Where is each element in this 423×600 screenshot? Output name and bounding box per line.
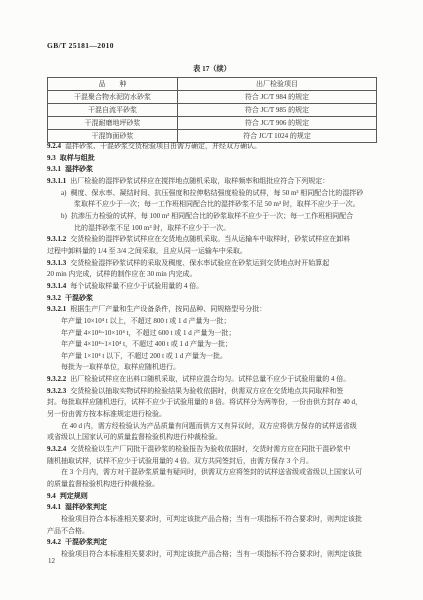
clause-line-text: 稠度、保水率、凝结时间、抗压强度和拉伸粘结强度检验的试样，每 50 m³ 相同配… xyxy=(70,189,363,197)
page-number: 12 xyxy=(48,557,55,565)
table-cell: 干混聚合物水泥防水砂浆 xyxy=(48,91,178,104)
clause-line-text: 年产量 4×10⁴~10×10⁴ t，不超过 600 t 或 1 d 产量为一批… xyxy=(61,329,235,337)
clause-line-text: 干混砂浆判定 xyxy=(65,538,107,546)
clause-number: 9.3.2.4 xyxy=(47,445,66,453)
clause-number: 9.3.2.2 xyxy=(47,375,66,383)
content-line: 在 3 个月内，需方对干混砂浆质量有疑问时，供需双方应将签封的试样送省级或省级以… xyxy=(47,467,379,479)
standard-code: GB/T 25181—2010 xyxy=(47,41,114,50)
clause-line-text: 交货检验湿拌砂浆试样的采取及稠度、保水率试验应在砂浆运到交货地点时开始算起 xyxy=(70,259,329,267)
spec-table: 品 种 出厂检验项目 干混聚合物水泥防水砂浆符合 JC/T 984 的规定干混自… xyxy=(47,77,377,143)
content-line: 年产量 4×10⁴~1×10⁴ t，不超过 400 t 或 1 d 产量为一批； xyxy=(47,339,379,351)
content-line: 年产量 1×10⁴ t 以下，不超过 200 t 或 1 d 产量为一批。 xyxy=(47,351,379,363)
clause-line-text: 抗渗压力检验的试样，每 100 m³ 相同配合比的砂浆取样不应少于一次；每一工作… xyxy=(71,212,353,220)
clause-line-text: 或省级以上国家认可的质量监督检验机构进行仲裁检验。 xyxy=(47,433,222,441)
clause-line-text: 取样与组批 xyxy=(60,154,95,162)
clause-text-block: 9.2.4湿拌砂浆、干混砂浆交货检验项目由需方确定，并经双方确认。9.3取样与组… xyxy=(47,141,379,561)
content-line: 9.3取样与组批 xyxy=(47,153,379,165)
clause-number: 9.3.1.3 xyxy=(47,259,66,267)
clause-line-text: 的质量监督检验机构进行仲裁检验。 xyxy=(47,480,159,488)
clause-line-text: 每批为一取样单位，取样应随机进行。 xyxy=(61,363,180,371)
content-line: 9.3.1湿拌砂浆 xyxy=(47,164,379,176)
table-row: 干混聚合物水泥防水砂浆符合 JC/T 984 的规定 xyxy=(48,91,377,104)
content-line: 9.3.2.3交货检验以抽取实物试样的检验结果为验收依据时，供需双方应在交货地点… xyxy=(47,386,379,398)
document-page: GB/T 25181—2010 表 17（续） 品 种 出厂检验项目 干混聚合物… xyxy=(0,0,423,600)
content-line: 每批为一取样单位，取样应随机进行。 xyxy=(47,362,379,374)
clause-number: 9.4.2 xyxy=(47,538,61,546)
content-line: 9.3.1.1出厂检验的湿拌砂浆试样应在搅拌地点随机采取，取样频率和组批应符合下… xyxy=(47,176,379,188)
spec-table-section: 表 17（续） 品 种 出厂检验项目 干混聚合物水泥防水砂浆符合 JC/T 98… xyxy=(47,64,377,143)
clause-number: 9.3.1.4 xyxy=(47,282,66,290)
content-line: 过程中卸料量的 1/4 至 3/4 之间采取，且应从同一运输车中采取。 xyxy=(47,246,379,258)
clause-line-text: 交货检验以生产厂同批干混砂浆的检验报告为验收依据时，交货时需方应在同批干混砂浆中 xyxy=(70,445,350,453)
content-line: 检验项目符合本标准相关要求时，可判定该批产品合格；当有一项指标不符合要求时，则判… xyxy=(47,549,379,561)
clause-line-text: 湿拌砂浆判定 xyxy=(65,503,107,511)
clause-number: a) xyxy=(61,189,66,197)
content-line: 9.3.1.4每个试验取样量不应少于试验用量的 4 倍。 xyxy=(47,281,379,293)
content-line: 比的湿拌砂浆不足 100 m³ 时，取样不应少于一次。 xyxy=(47,223,379,235)
clause-line-text: 年产量 4×10⁴~1×10⁴ t，不超过 400 t 或 1 d 产量为一批； xyxy=(61,340,232,348)
clause-line-text: 交货检验以抽取实物试样的检验结果为验收依据时，供需双方应在交货地点共同取样和签 xyxy=(70,387,343,395)
clause-line-text: 检验项目符合本标准相关要求时，可判定该批产品合格；当有一项指标不符合要求时，则判… xyxy=(61,550,362,558)
content-line: a)稠度、保水率、凝结时间、抗压强度和拉伸粘结强度检验的试样，每 50 m³ 相… xyxy=(47,188,379,200)
clause-number: 9.3.1.2 xyxy=(47,235,66,243)
table-header-inspection-item: 出厂检验项目 xyxy=(177,78,376,91)
content-line: 9.2.4湿拌砂浆、干混砂浆交货检验项目由需方确定，并经双方确认。 xyxy=(47,141,379,153)
clause-line-text: 年产量 10×10⁴ t 以上，不超过 800 t 或 1 d 产量为一批； xyxy=(61,317,231,325)
clause-number: 9.3.2.3 xyxy=(47,387,66,395)
clause-number: 9.4 xyxy=(47,492,56,500)
clause-line-text: 封。每批取样应随机进行，试样不应少于试验用量的 8 倍。将试样分为两等份，一份由… xyxy=(47,398,362,406)
clause-line-text: 判定规则 xyxy=(60,492,88,500)
table-cell: 符合 JC/T 985 的规定 xyxy=(177,104,376,117)
content-line: 年产量 10×10⁴ t 以上，不超过 800 t 或 1 d 产量为一批； xyxy=(47,316,379,328)
clause-line-text: 湿拌砂浆、干混砂浆交货检验项目由需方确定，并经双方确认。 xyxy=(65,142,261,150)
clause-line-text: 在 3 个月内，需方对干混砂浆质量有疑问时，供需双方应将签封的试样送省级或省级以… xyxy=(61,468,362,476)
table-cell: 符合 JC/T 906 的规定 xyxy=(177,117,376,130)
content-line: 浆取样不应少于一次；每一工作班相同配合比的湿拌砂浆不足 50 m³ 时，取样不应… xyxy=(47,199,379,211)
content-line: 9.3.2干混砂浆 xyxy=(47,293,379,305)
clause-line-text: 随机抽取试样，试样不应少于试验用量的 4 倍。双方共同签封后，由需方保存 3 个… xyxy=(47,457,313,465)
clause-number: 9.3.1.1 xyxy=(47,177,66,185)
content-line: 另一份由需方按本标准规定进行检验。 xyxy=(47,409,379,421)
table-header-row: 品 种 出厂检验项目 xyxy=(48,78,377,91)
clause-number: b) xyxy=(61,212,67,220)
content-line: 9.3.1.2交货检验的湿拌砂浆试样应在交货地点随机采取。当从运输车中取样时，砂… xyxy=(47,234,379,246)
content-line: 9.4.2干混砂浆判定 xyxy=(47,537,379,549)
content-line: 9.3.2.2出厂检验试样应在出料口随机采取，试样应混合均匀。试样总量不应少于试… xyxy=(47,374,379,386)
content-line: 随机抽取试样，试样不应少于试验用量的 4 倍。双方共同签封后，由需方保存 3 个… xyxy=(47,456,379,468)
clause-line-text: 每个试验取样量不应少于试验用量的 4 倍。 xyxy=(70,282,203,290)
table-header-variety: 品 种 xyxy=(48,78,178,91)
clause-number: 9.3 xyxy=(47,154,56,162)
clause-line-text: 交货检验的湿拌砂浆试样应在交货地点随机采取。当从运输车中取样时，砂浆试样应在卸料 xyxy=(70,235,350,243)
clause-line-text: 另一份由需方按本标准规定进行检验。 xyxy=(47,410,166,418)
clause-line-text: 年产量 1×10⁴ t 以下，不超过 200 t 或 1 d 产量为一批。 xyxy=(61,352,227,360)
table-row: 干混耐磨地坪砂浆符合 JC/T 906 的规定 xyxy=(48,117,377,130)
clause-line-text: 比的湿拌砂浆不足 100 m³ 时，取样不应少于一次。 xyxy=(74,224,230,232)
clause-line-text: 在 40 d 内，需方经检验认为产品质量有问题而供方又有异议时，双方应将供方保存… xyxy=(61,422,357,430)
table-title: 表 17（续） xyxy=(47,64,377,74)
content-line: b)抗渗压力检验的试样，每 100 m³ 相同配合比的砂浆取样不应少于一次；每一… xyxy=(47,211,379,223)
content-line: 产品不合格。 xyxy=(47,526,379,538)
clause-number: 9.3.2.1 xyxy=(47,305,66,313)
content-line: 20 min 内完成，试样的制作应在 30 min 内完成。 xyxy=(47,269,379,281)
content-line: 9.4.1湿拌砂浆判定 xyxy=(47,502,379,514)
clause-number: 9.4.1 xyxy=(47,503,61,511)
content-line: 9.3.2.4交货检验以生产厂同批干混砂浆的检验报告为验收依据时，交货时需方应在… xyxy=(47,444,379,456)
table-cell: 符合 JC/T 984 的规定 xyxy=(177,91,376,104)
clause-line-text: 湿拌砂浆 xyxy=(65,165,93,173)
table-cell: 干混耐磨地坪砂浆 xyxy=(48,117,178,130)
clause-number: 9.3.2 xyxy=(47,294,61,302)
clause-number: 9.3.1 xyxy=(47,165,61,173)
content-line: 9.4判定规则 xyxy=(47,491,379,503)
clause-line-text: 过程中卸料量的 1/4 至 3/4 之间采取，且应从同一运输车中采取。 xyxy=(47,247,247,255)
clause-line-text: 出厂检验试样应在出料口随机采取，试样应混合均匀。试样总量不应少于试验用量的 4 … xyxy=(70,375,350,383)
content-line: 或省级以上国家认可的质量监督检验机构进行仲裁检验。 xyxy=(47,432,379,444)
content-line: 封。每批取样应随机进行，试样不应少于试验用量的 8 倍。将试样分为两等份，一份由… xyxy=(47,397,379,409)
spec-table-body: 干混聚合物水泥防水砂浆符合 JC/T 984 的规定干混自流平砂浆符合 JC/T… xyxy=(48,91,377,143)
table-row: 干混自流平砂浆符合 JC/T 985 的规定 xyxy=(48,104,377,117)
clause-line-text: 产品不合格。 xyxy=(47,527,89,535)
content-line: 在 40 d 内，需方经检验认为产品质量有问题而供方又有异议时，双方应将供方保存… xyxy=(47,421,379,433)
table-cell: 干混自流平砂浆 xyxy=(48,104,178,117)
clause-line-text: 干混砂浆 xyxy=(65,294,93,302)
content-line: 9.3.1.3交货检验湿拌砂浆试样的采取及稠度、保水率试验应在砂浆运到交货地点时… xyxy=(47,258,379,270)
clause-line-text: 浆取样不应少于一次；每一工作班相同配合比的湿拌砂浆不足 50 m³ 时，取样不应… xyxy=(74,200,360,208)
content-line: 检验项目符合本标准相关要求时，可判定该批产品合格；当有一项指标不符合要求时，则判… xyxy=(47,514,379,526)
content-line: 的质量监督检验机构进行仲裁检验。 xyxy=(47,479,379,491)
content-line: 9.3.2.1根据生产厂产量和生产设备条件，按同品种、同规格型号分批： xyxy=(47,304,379,316)
clause-line-text: 20 min 内完成，试样的制作应在 30 min 内完成。 xyxy=(47,270,197,278)
clause-number: 9.2.4 xyxy=(47,142,61,150)
content-line: 年产量 4×10⁴~10×10⁴ t，不超过 600 t 或 1 d 产量为一批… xyxy=(47,328,379,340)
clause-line-text: 出厂检验的湿拌砂浆试样应在搅拌地点随机采取，取样频率和组批应符合下列规定： xyxy=(70,177,329,185)
clause-line-text: 检验项目符合本标准相关要求时，可判定该批产品合格；当有一项指标不符合要求时，则判… xyxy=(61,515,362,523)
clause-line-text: 根据生产厂产量和生产设备条件，按同品种、同规格型号分批： xyxy=(70,305,266,313)
